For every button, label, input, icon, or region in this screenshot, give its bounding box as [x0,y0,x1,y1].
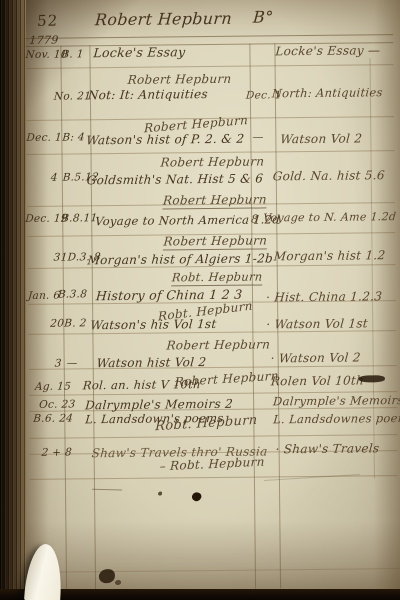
entry-return-title: Dalrymple's Memoirs [273,393,400,408]
borrower-suffix: B° [252,7,274,26]
signature: Robert Hepburn [163,233,268,250]
entry-return-title: · Hist. China 1.2.3 [265,289,382,304]
entry-shelfmark: B: 4 [62,131,85,143]
entry-title: Not: It: Antiquities [87,87,208,102]
borrower-name: Robert Hepburn [94,9,232,29]
ledger-page: 52 Robert Hepburn B° [26,0,400,592]
entry-return-title: Voyage to N. Ame 1.2d [263,210,397,224]
ruled-sheet: 52 Robert Hepburn B° [23,0,400,594]
ruled-line [26,64,394,69]
pen-stroke [92,489,122,491]
entry-return-title: · Watson Vol 2 [270,350,361,365]
entry-shelfmark: — [66,357,78,369]
ink-blot [158,492,162,496]
entry-date: Jan. 6 [28,290,61,302]
entry-date: 20 [50,318,65,330]
entry-shelfmark: B. 1 [61,48,84,60]
entry-date: 31 [53,252,68,264]
entry-date: Ag. 15 [34,380,71,392]
signature: Robert Hepburn [175,369,279,390]
entry-year: 1779 [29,34,59,47]
ink-blot [115,580,121,585]
entry-title: Goldsmith's Nat. Hist 5 & 6 [86,171,263,187]
entry-date: 3 [54,358,62,370]
entry-date: 4 [50,172,58,184]
entry-title: History of China 1 2 3 [95,287,243,304]
signature: Robert Hepburn [127,72,232,87]
signature: Robert Hepburn [166,337,271,352]
entry-title: Watson's hist of P. 2. & 2 [86,132,245,148]
entry-return-title: North: Antiquities [271,85,383,100]
signature: Robt. Hepburn [171,269,263,286]
signature: Robert Hepburn [162,192,267,209]
entry-title: Watson's his Vol 1st [90,317,217,332]
entry-return-title: · Shaw's Travels [275,441,380,456]
entry-date: 2 + 8 [41,446,72,458]
entry-date: Oc. 23 [39,398,76,410]
page-number: 52 [36,12,58,30]
entry-title: Morgan's hist of Algiers 1-2b [87,251,274,267]
entry-return-title: Locke's Essay — [275,43,381,58]
entry-date: B.6. 24 [33,412,74,424]
entry-date: Dec. 1 [26,132,63,144]
entry-return-title: L. Landsdownes poems [273,411,400,426]
column-line [274,43,281,588]
ruled-line [31,568,399,573]
ink-blot [359,375,385,382]
entry-date: No. 21 [53,90,91,102]
ruled-line [29,365,397,370]
column-line [249,44,256,589]
entry-return-date: — [252,130,264,143]
entry-return-title: Watson Vol 2 [280,131,363,146]
entry-title: Locke's Essay [93,44,186,60]
entry-return-title: Gold. Na. hist 5.6 [272,168,385,183]
entry-title: Watson hist Vol 2 [96,355,207,370]
signature: Robert Hepburn [160,154,265,169]
entry-return-title: · Watson Vol 1st [266,316,369,331]
ink-blot [190,491,202,503]
entry-return-title: Rolen Vol 10th [270,373,364,388]
ruled-line [29,434,397,439]
entry-shelfmark: B. 2 [64,317,87,329]
entry-shelfmark: B.8.11 [61,212,98,224]
ledger-photo: 52 Robert Hepburn B° [0,0,400,600]
entry-shelfmark: B.3.8 [58,288,88,300]
ink-blot [99,569,115,583]
entry-return-date: 8 [251,213,259,226]
entry-return-title: · Morgan's hist 1.2 [265,248,386,263]
ruled-line [25,34,393,39]
